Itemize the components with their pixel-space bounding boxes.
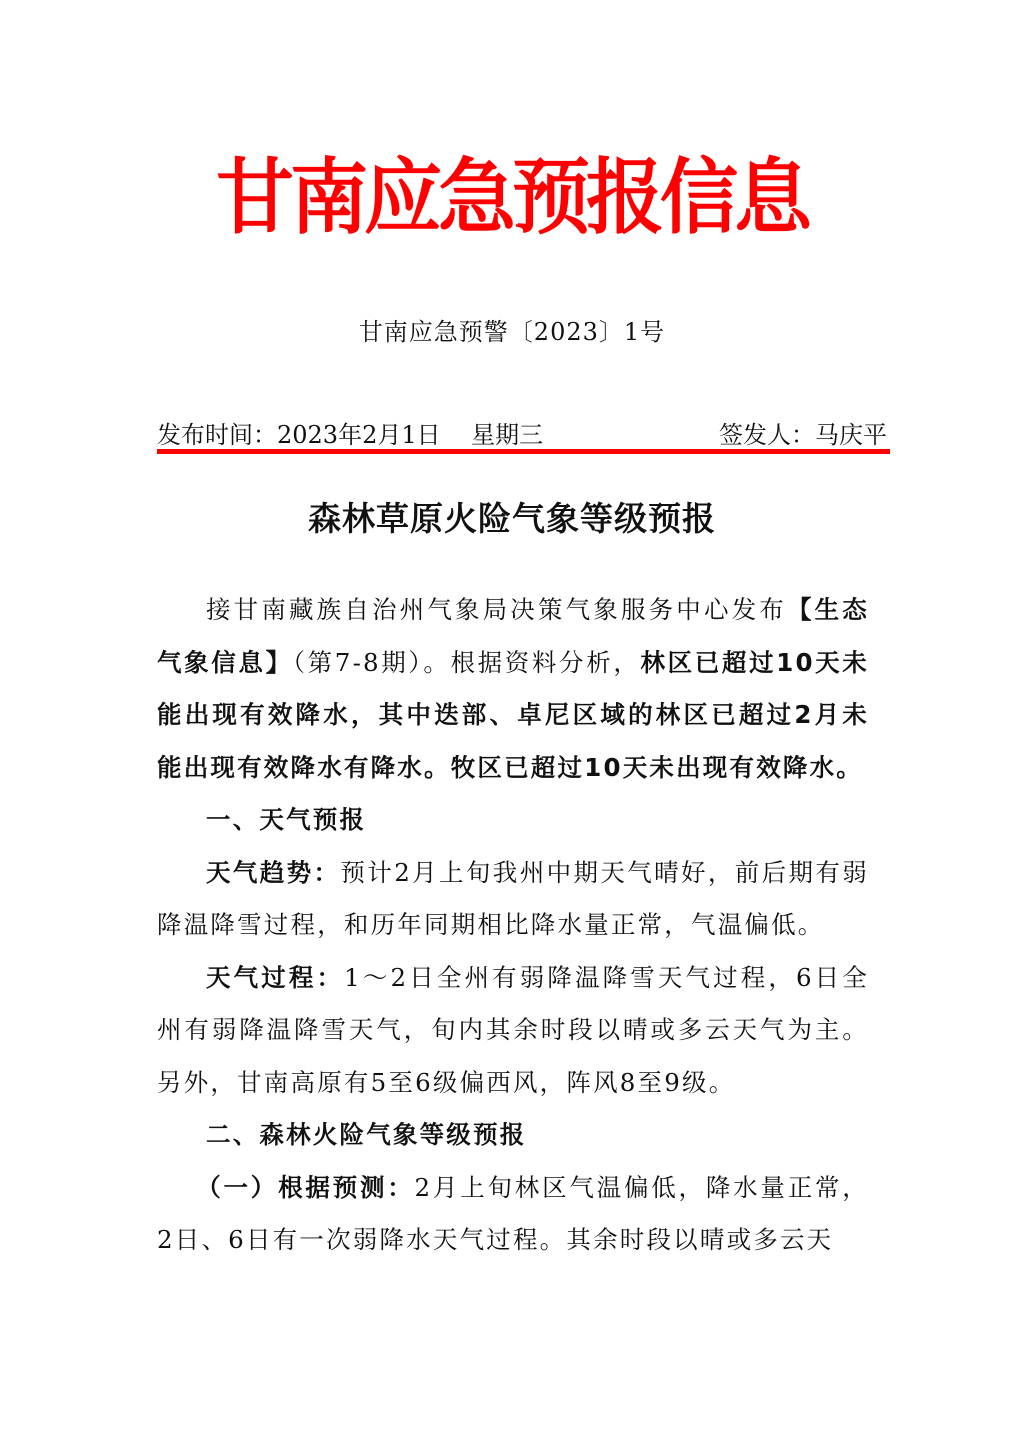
section-1-heading: 一、天气预报	[157, 794, 869, 847]
signer-label: 签发人：	[719, 421, 815, 449]
release-date: 2023年2月1日	[277, 421, 441, 449]
forecast-label: （一）根据预测：	[196, 1173, 414, 1202]
release-label: 发布时间：	[157, 421, 277, 449]
signer-info: 签发人：马庆平	[719, 418, 887, 452]
red-divider-rule	[157, 449, 890, 454]
release-info: 发布时间：2023年2月1日 星期三	[157, 418, 543, 452]
intro-text-2: （第7-8期）。根据资料分析，	[293, 648, 641, 677]
forecast-paragraph: （一）根据预测：2月上旬林区气温偏低，降水量正常，2日、6日有一次弱降水天气过程…	[157, 1162, 869, 1267]
section-2-heading: 二、森林火险气象等级预报	[157, 1109, 869, 1162]
intro-text: 接甘南藏族自治州气象局决策气象服务中心发布	[206, 595, 787, 624]
document-number: 甘南应急预警〔2023〕1号	[0, 312, 1024, 352]
weekday: 星期三	[471, 421, 543, 449]
weather-process-paragraph: 天气过程：1～2日全州有弱降温降雪天气过程，6日全州有弱降温降雪天气，旬内其余时…	[157, 952, 869, 1110]
issue-info-line: 发布时间：2023年2月1日 星期三 签发人：马庆平	[157, 418, 887, 452]
masthead-title: 甘南应急预报信息	[0, 146, 1024, 251]
signer-name: 马庆平	[815, 421, 887, 449]
document-page: 甘南应急预报信息 甘南应急预警〔2023〕1号 发布时间：2023年2月1日 星…	[0, 0, 1024, 1448]
weather-trend-label: 天气趋势：	[206, 858, 340, 887]
weather-trend-paragraph: 天气趋势：预计2月上旬我州中期天气晴好，前后期有弱降温降雪过程，和历年同期相比降…	[157, 847, 869, 952]
weather-process-label: 天气过程：	[206, 963, 344, 992]
intro-paragraph: 接甘南藏族自治州气象局决策气象服务中心发布【生态气象信息】（第7-8期）。根据资…	[157, 584, 869, 794]
document-title: 森林草原火险气象等级预报	[0, 492, 1024, 546]
document-body: 接甘南藏族自治州气象局决策气象服务中心发布【生态气象信息】（第7-8期）。根据资…	[157, 584, 869, 1267]
